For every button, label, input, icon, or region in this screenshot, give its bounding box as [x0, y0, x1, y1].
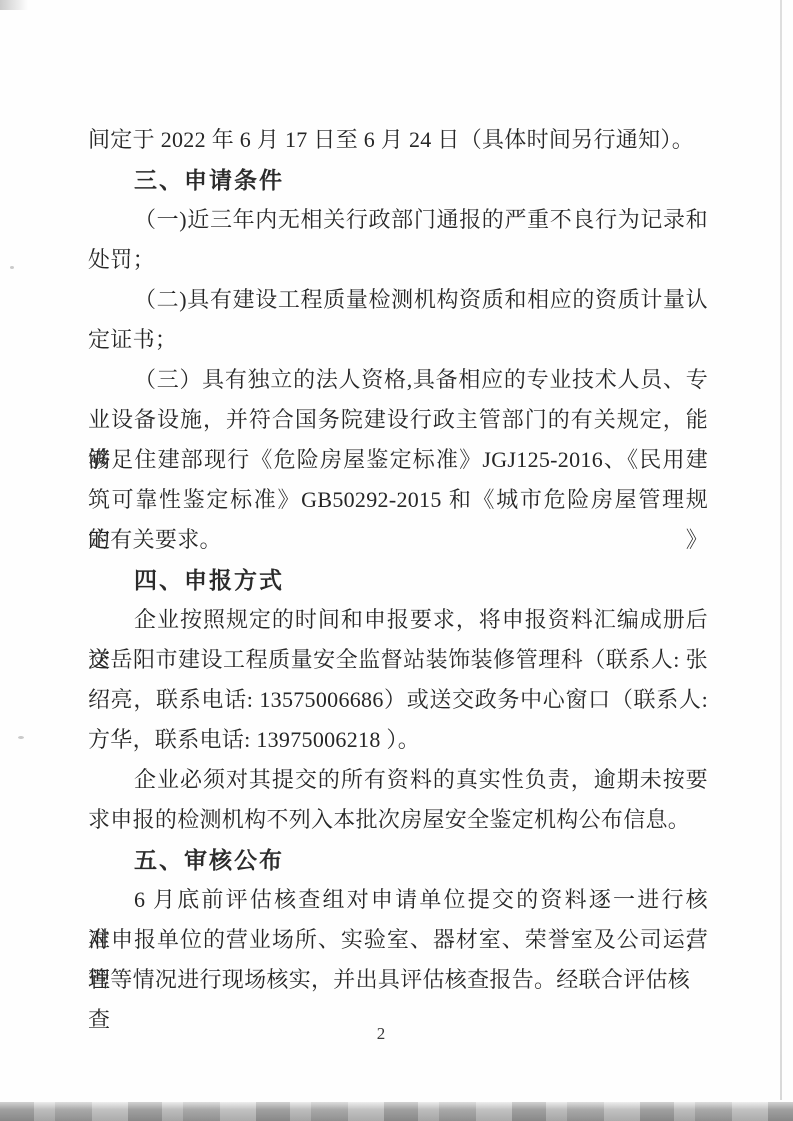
section-heading: 四、申报方式: [88, 560, 708, 600]
text-line: 企业必须对其提交的所有资料的真实性负责，逾期未按要: [88, 760, 708, 800]
scan-corner-smudge: [0, 0, 28, 10]
text-line: 满足住建部现行《危险房屋鉴定标准》JGJ125-2016、《民用建: [88, 440, 708, 480]
section-heading: 三、申请条件: [88, 160, 708, 200]
scanner-bottom-band: [0, 1102, 793, 1121]
heading-text: 三、申请条件: [88, 160, 708, 200]
text-line: 定证书；: [88, 320, 708, 360]
text-line: 6 月底前评估核查组对申请单位提交的资料逐一进行核准，: [88, 880, 708, 920]
text-line: 间定于 2022 年 6 月 17 日至 6 月 24 日（具体时间另行通知）。: [88, 120, 708, 160]
scanned-document-page: 间定于 2022 年 6 月 17 日至 6 月 24 日（具体时间另行通知）。…: [0, 0, 793, 1121]
text-line: 筑可靠性鉴定标准》GB50292-2015 和《城市危险房屋管理规定》: [88, 480, 708, 520]
text-line: 业设备设施，并符合国务院建设行政主管部门的有关规定，能够: [88, 400, 708, 440]
paragraph: （一)近三年内无相关行政部门通报的严重不良行为记录和处罚；: [88, 200, 708, 280]
text-line: 处罚；: [88, 240, 708, 280]
scan-edge-line: [780, 0, 782, 1100]
document-body: 间定于 2022 年 6 月 17 日至 6 月 24 日（具体时间另行通知）。…: [88, 120, 708, 1000]
paragraph: （二)具有建设工程质量检测机构资质和相应的资质计量认定证书；: [88, 280, 708, 360]
text-line: 交岳阳市建设工程质量安全监督站装饰装修管理科（联系人: 张: [88, 640, 708, 680]
page-number: 2: [0, 1024, 762, 1044]
scan-noise-speck: [10, 266, 14, 269]
text-line: （一)近三年内无相关行政部门通报的严重不良行为记录和: [88, 200, 708, 240]
paragraph: 6 月底前评估核查组对申请单位提交的资料逐一进行核准，对申报单位的营业场所、实验…: [88, 880, 708, 1000]
paragraph: 企业按照规定的时间和申报要求，将申报资料汇编成册后送交岳阳市建设工程质量安全监督…: [88, 600, 708, 760]
text-line: 求申报的检测机构不列入本批次房屋安全鉴定机构公布信息。: [88, 800, 708, 840]
paragraph: （三）具有独立的法人资格,具备相应的专业技术人员、专业设备设施，并符合国务院建设…: [88, 360, 708, 560]
text-line: 企业按照规定的时间和申报要求，将申报资料汇编成册后送: [88, 600, 708, 640]
text-line: 对申报单位的营业场所、实验室、器材室、荣誉室及公司运营管: [88, 920, 708, 960]
text-line: （二)具有建设工程质量检测机构资质和相应的资质计量认: [88, 280, 708, 320]
heading-text: 四、申报方式: [88, 560, 708, 600]
text-line: （三）具有独立的法人资格,具备相应的专业技术人员、专: [88, 360, 708, 400]
paragraph: 企业必须对其提交的所有资料的真实性负责，逾期未按要求申报的检测机构不列入本批次房…: [88, 760, 708, 840]
text-line: 理等情况进行现场核实，并出具评估核查报告。经联合评估核查: [88, 960, 708, 1000]
heading-text: 五、审核公布: [88, 840, 708, 880]
text-line: 方华，联系电话: 13975006218 ）。: [88, 720, 708, 760]
scan-noise-speck: [18, 736, 24, 739]
section-heading: 五、审核公布: [88, 840, 708, 880]
paragraph: 间定于 2022 年 6 月 17 日至 6 月 24 日（具体时间另行通知）。: [88, 120, 708, 160]
text-line: 绍亮，联系电话: 13575006686）或送交政务中心窗口（联系人:: [88, 680, 708, 720]
